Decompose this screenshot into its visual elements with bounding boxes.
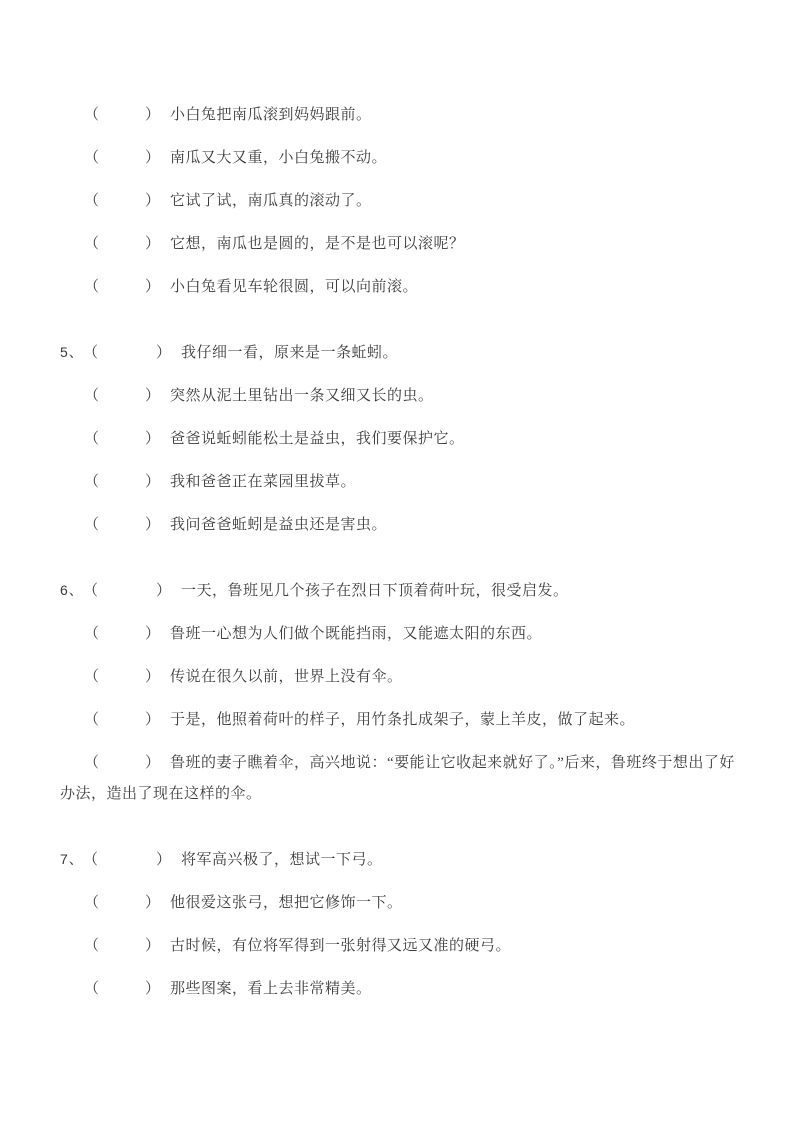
sentence-text: 我仔细一看，原来是一条蚯蚓。 [181, 345, 398, 361]
close-paren: ） [133, 748, 160, 779]
sentence-text: 他很爱这张弓，想把它修饰一下。 [170, 895, 403, 911]
sentence-line: 6、（）一天，鲁班见几个孩子在烈日下顶着荷叶玩，很受启发。 [60, 575, 745, 607]
answer-blank[interactable]: （） [72, 467, 160, 498]
answer-blank[interactable]: （） [72, 888, 160, 919]
sentence-text: 突然从泥土里钻出一条又细又长的虫。 [170, 388, 434, 404]
close-paren: ） [133, 186, 160, 217]
answer-blank[interactable]: （） [72, 705, 160, 736]
open-paren: （ [72, 100, 99, 131]
open-paren: （ [72, 931, 99, 962]
answer-blank[interactable]: （） [83, 845, 171, 876]
close-paren: ） [133, 143, 160, 174]
open-paren: （ [72, 272, 99, 303]
close-paren: ） [133, 619, 160, 650]
sentence-line: （）鲁班一心想为人们做个既能挡雨，又能遮太阳的东西。 [60, 619, 745, 650]
open-paren: （ [72, 974, 99, 1005]
open-paren: （ [72, 619, 99, 650]
close-paren: ） [133, 705, 160, 736]
close-paren: ） [133, 510, 160, 541]
sentence-text: 传说在很久以前，世界上没有伞。 [170, 669, 403, 685]
close-paren: ） [133, 229, 160, 260]
sentence-line: （）小白兔把南瓜滚到妈妈跟前。 [60, 100, 745, 131]
sentence-line: （）他很爱这张弓，想把它修饰一下。 [60, 888, 745, 919]
answer-blank[interactable]: （） [72, 143, 160, 174]
close-paren: ） [133, 888, 160, 919]
sentence-line: （）于是，他照着荷叶的样子，用竹条扎成架子，蒙上羊皮，做了起来。 [60, 705, 745, 736]
sentence-line: （）它想，南瓜也是圆的，是不是也可以滚呢？ [60, 229, 745, 260]
answer-blank[interactable]: （） [72, 272, 160, 303]
open-paren: （ [72, 467, 99, 498]
sentence-line: （）小白兔看见车轮很圆，可以向前滚。 [60, 272, 745, 303]
answer-blank[interactable]: （） [72, 974, 160, 1005]
answer-blank[interactable]: （） [72, 100, 160, 131]
sentence-line: （）那些图案，看上去非常精美。 [60, 974, 745, 1005]
open-paren: （ [83, 576, 98, 607]
sentence-line: （）古时候，有位将军得到一张射得又远又准的硬弓。 [60, 931, 745, 962]
sentence-text: 一天，鲁班见几个孩子在烈日下顶着荷叶玩，很受启发。 [181, 583, 569, 599]
answer-blank[interactable]: （） [72, 510, 160, 541]
close-paren: ） [133, 974, 160, 1005]
open-paren: （ [72, 705, 99, 736]
sentence-line: （）鲁班的妻子瞧着伞，高兴地说：“要能让它收起来就好了。”后来，鲁班终于想出了好… [60, 748, 745, 810]
answer-blank[interactable]: （） [72, 381, 160, 412]
worksheet-page: （）小白兔把南瓜滚到妈妈跟前。 （）南瓜又大又重，小白兔搬不动。 （）它试了试，… [0, 0, 793, 1122]
open-paren: （ [72, 510, 99, 541]
answer-blank[interactable]: （） [72, 424, 160, 455]
open-paren: （ [72, 748, 99, 779]
sentence-text: 于是，他照着荷叶的样子，用竹条扎成架子，蒙上羊皮，做了起来。 [170, 712, 635, 728]
exercise-section-6: 6、（）一天，鲁班见几个孩子在烈日下顶着荷叶玩，很受启发。 （）鲁班一心想为人们… [60, 575, 745, 810]
sentence-line: （）传说在很久以前，世界上没有伞。 [60, 662, 745, 693]
open-paren: （ [72, 143, 99, 174]
sentence-text: 那些图案，看上去非常精美。 [170, 981, 372, 997]
sentence-line: （）突然从泥土里钻出一条又细又长的虫。 [60, 381, 745, 412]
open-paren: （ [72, 381, 99, 412]
sentence-line: （）南瓜又大又重，小白兔搬不动。 [60, 143, 745, 174]
answer-blank[interactable]: （） [72, 229, 160, 260]
answer-blank[interactable]: （） [83, 576, 171, 607]
exercise-section-7: 7、（）将军高兴极了，想试一下弓。 （）他很爱这张弓，想把它修饰一下。 （）古时… [60, 844, 745, 1005]
sentence-text: 南瓜又大又重，小白兔搬不动。 [170, 150, 387, 166]
sentence-text: 小白兔看见车轮很圆，可以向前滚。 [170, 279, 418, 295]
item-number: 5、 [60, 337, 83, 368]
answer-blank[interactable]: （） [72, 748, 160, 779]
sentence-line: 7、（）将军高兴极了，想试一下弓。 [60, 844, 745, 876]
close-paren: ） [156, 576, 171, 607]
item-number: 6、 [60, 575, 83, 606]
answer-blank[interactable]: （） [72, 662, 160, 693]
open-paren: （ [72, 186, 99, 217]
sentence-text: 古时候，有位将军得到一张射得又远又准的硬弓。 [170, 938, 511, 954]
open-paren: （ [72, 424, 99, 455]
open-paren: （ [83, 338, 98, 369]
sentence-text: 鲁班的妻子瞧着伞，高兴地说：“要能让它收起来就好了。”后来，鲁班终于想出了好办法… [60, 755, 735, 802]
exercise-section-4: （）小白兔把南瓜滚到妈妈跟前。 （）南瓜又大又重，小白兔搬不动。 （）它试了试，… [60, 100, 745, 303]
sentence-text: 将军高兴极了，想试一下弓。 [181, 852, 383, 868]
sentence-text: 它试了试，南瓜真的滚动了。 [170, 193, 372, 209]
sentence-text: 爸爸说蚯蚓能松土是益虫，我们要保护它。 [170, 431, 465, 447]
sentence-text: 小白兔把南瓜滚到妈妈跟前。 [170, 107, 372, 123]
sentence-line: 5、（）我仔细一看，原来是一条蚯蚓。 [60, 337, 745, 369]
sentence-line: （）我和爸爸正在菜园里拔草。 [60, 467, 745, 498]
exercise-section-5: 5、（）我仔细一看，原来是一条蚯蚓。 （）突然从泥土里钻出一条又细又长的虫。 （… [60, 337, 745, 541]
sentence-text: 我问爸爸蚯蚓是益虫还是害虫。 [170, 517, 387, 533]
close-paren: ） [133, 381, 160, 412]
close-paren: ） [133, 467, 160, 498]
sentence-line: （）它试了试，南瓜真的滚动了。 [60, 186, 745, 217]
sentence-line: （）我问爸爸蚯蚓是益虫还是害虫。 [60, 510, 745, 541]
close-paren: ） [156, 338, 171, 369]
close-paren: ） [133, 931, 160, 962]
open-paren: （ [72, 662, 99, 693]
open-paren: （ [72, 888, 99, 919]
open-paren: （ [83, 845, 98, 876]
open-paren: （ [72, 229, 99, 260]
sentence-text: 我和爸爸正在菜园里拔草。 [170, 474, 356, 490]
answer-blank[interactable]: （） [72, 186, 160, 217]
answer-blank[interactable]: （） [72, 931, 160, 962]
close-paren: ） [156, 845, 171, 876]
sentence-text: 它想，南瓜也是圆的，是不是也可以滚呢？ [170, 236, 465, 252]
answer-blank[interactable]: （） [83, 338, 171, 369]
close-paren: ） [133, 424, 160, 455]
close-paren: ） [133, 662, 160, 693]
answer-blank[interactable]: （） [72, 619, 160, 650]
close-paren: ） [133, 100, 160, 131]
sentence-line: （）爸爸说蚯蚓能松土是益虫，我们要保护它。 [60, 424, 745, 455]
close-paren: ） [133, 272, 160, 303]
item-number: 7、 [60, 844, 83, 875]
sentence-text: 鲁班一心想为人们做个既能挡雨，又能遮太阳的东西。 [170, 626, 542, 642]
